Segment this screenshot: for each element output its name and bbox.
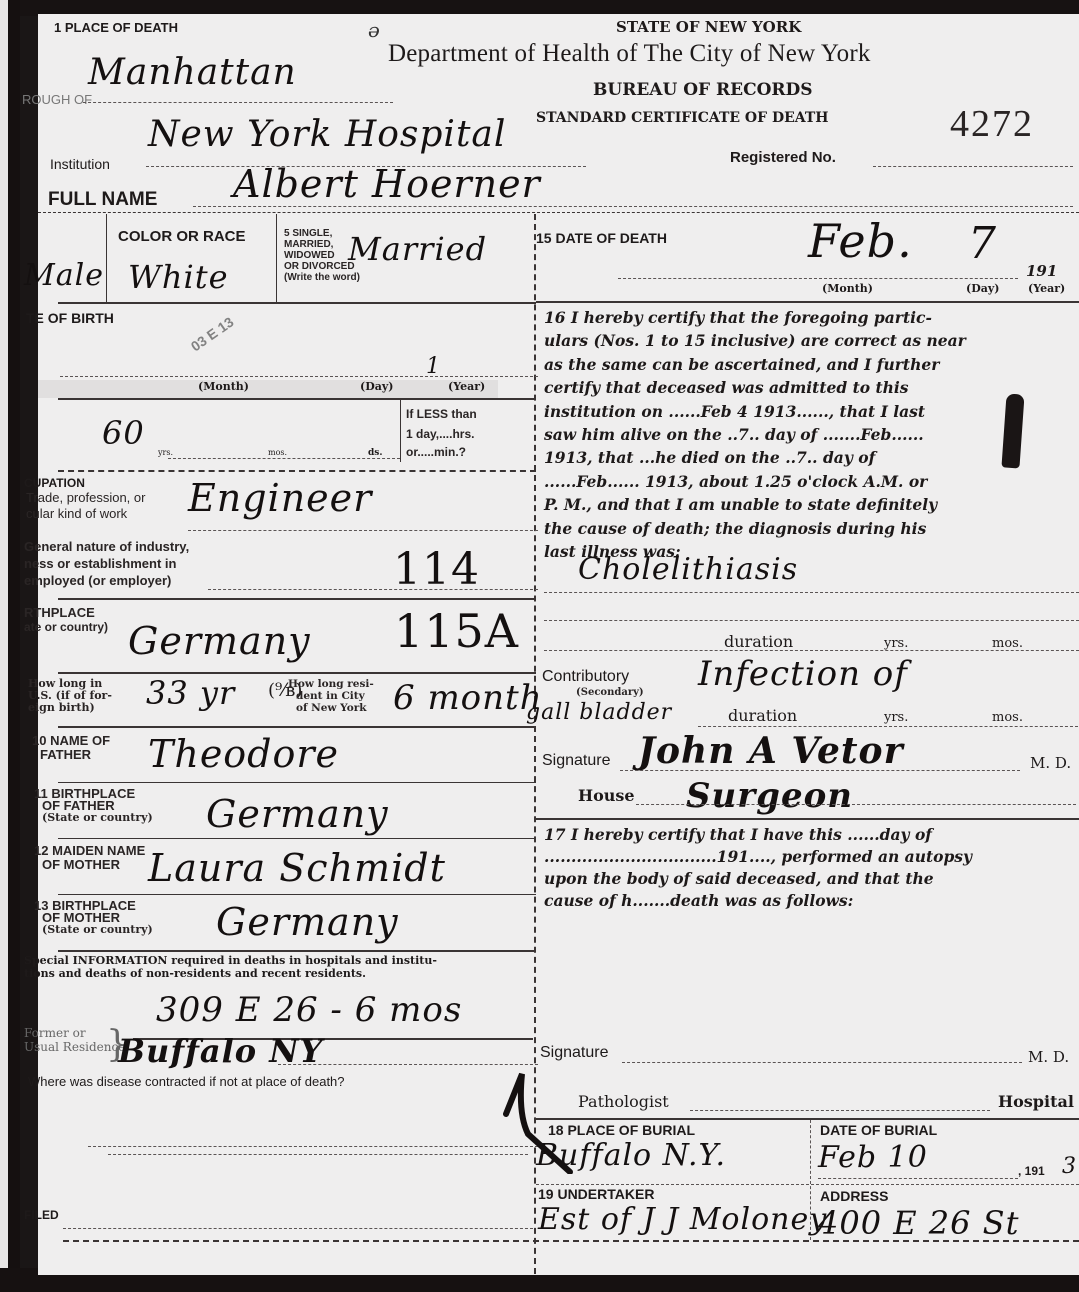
burial-year-suffix: 3 bbox=[1062, 1154, 1077, 1179]
less-than-day-label: If LESS than 1 day,....hrs. or.....min.? bbox=[406, 404, 477, 460]
corner-mark: ǝ bbox=[368, 18, 381, 42]
duration-label: duration bbox=[724, 632, 793, 651]
age-yrs-caption: yrs. bbox=[158, 448, 173, 457]
month-caption: (Month) bbox=[822, 282, 873, 295]
date-of-death-year: 191 bbox=[1026, 262, 1057, 280]
age-mos-caption: mos. bbox=[268, 448, 287, 457]
ink-blot bbox=[1001, 393, 1024, 468]
day-caption: (Day) bbox=[966, 282, 999, 295]
autopsy-md-label: M. D. bbox=[1028, 1048, 1069, 1066]
year-caption: (Year) bbox=[1028, 282, 1065, 295]
undertaker-label: 19 UNDERTAKER bbox=[538, 1186, 654, 1202]
birth-month-caption: (Month) bbox=[198, 380, 249, 393]
sex-value: Male bbox=[24, 258, 104, 293]
father-name-label: 10 NAME OF FATHER bbox=[32, 734, 110, 762]
diagnosis-value: Cholelithiasis bbox=[578, 552, 798, 587]
birthplace-label: RTHPLACE ate or country) bbox=[24, 606, 108, 634]
certification-17-text: 17 I hereby certify that I have this ...… bbox=[544, 824, 972, 912]
duration-yrs-caption: yrs. bbox=[884, 636, 908, 651]
birth-year-value: 1 bbox=[426, 354, 441, 379]
pathologist-label: Pathologist bbox=[578, 1092, 669, 1111]
marital-value: Married bbox=[348, 230, 487, 268]
years-in-city-label: How long resi- dent in City of New York bbox=[288, 678, 374, 714]
date-of-death-day: 7 bbox=[968, 218, 997, 269]
years-in-city-value: 6 month bbox=[393, 678, 543, 718]
borough-value: Manhattan bbox=[88, 52, 297, 93]
duration-2-yrs-caption: yrs. bbox=[884, 710, 908, 725]
occupation-industry-label: General nature of industry, ness or esta… bbox=[24, 538, 189, 589]
mother-maiden-name-value: Laura Schmidt bbox=[148, 846, 446, 890]
institution-value: New York Hospital bbox=[148, 114, 506, 155]
color-race-label: COLOR OR RACE bbox=[118, 228, 246, 245]
place-of-burial-label: 18 PLACE OF BURIAL bbox=[548, 1122, 695, 1138]
header-department: Department of Health of The City of New … bbox=[388, 40, 871, 68]
hospital-label: Hospital bbox=[998, 1092, 1074, 1111]
years-in-us-value: 33 yr bbox=[146, 674, 235, 712]
header-certificate-type: STANDARD CERTIFICATE OF DEATH bbox=[536, 110, 829, 126]
received-stamp: 03 E 13 bbox=[188, 314, 237, 355]
place-of-death-label: 1 PLACE OF DEATH bbox=[54, 20, 178, 35]
registered-no-label: Registered No. bbox=[730, 149, 836, 166]
scan-border-left-bar bbox=[8, 0, 20, 1292]
date-of-death-month: Feb. bbox=[808, 214, 913, 268]
duration-2-mos-caption: mos. bbox=[992, 710, 1023, 725]
filed-label: FILED bbox=[24, 1208, 59, 1222]
father-name-value: Theodore bbox=[148, 732, 339, 776]
undertaker-value: Est of J J Moloney bbox=[538, 1202, 827, 1237]
undertaker-address-value: 400 E 26 St bbox=[818, 1204, 1019, 1242]
age-value: 60 bbox=[102, 414, 145, 452]
birthplace-value: Germany bbox=[128, 619, 311, 663]
occupation-trade-value: Engineer bbox=[188, 476, 372, 520]
contributory-label: Contributory bbox=[542, 668, 629, 686]
color-race-value: White bbox=[128, 258, 229, 296]
certification-16-text: 16 I hereby certify that the foregoing p… bbox=[544, 306, 966, 563]
duration-2-label: duration bbox=[728, 706, 797, 725]
date-of-burial-label: DATE OF BURIAL bbox=[820, 1122, 937, 1138]
date-of-death-label: 15 DATE OF DEATH bbox=[536, 230, 667, 246]
signature-label: Signature bbox=[542, 752, 611, 770]
birth-day-caption: (Day) bbox=[360, 380, 393, 393]
occupation-trade-label: Trade, profession, or cular kind of work bbox=[26, 490, 145, 522]
father-birthplace-value: Germany bbox=[206, 792, 389, 836]
house-label: House bbox=[578, 786, 635, 805]
years-in-us-label: How long in U.S. (if of for- eign birth) bbox=[28, 678, 112, 714]
occupation-label: CUPATION bbox=[24, 476, 85, 490]
date-of-birth-label: TE OF BIRTH bbox=[26, 310, 114, 326]
birthplace-code: 115A bbox=[394, 604, 519, 658]
full-name-label: FULL NAME bbox=[48, 189, 157, 211]
contributory-value-2: gall bladder bbox=[526, 700, 672, 725]
undertaker-address-label: ADDRESS bbox=[820, 1188, 888, 1204]
certificate-number: 4272 bbox=[950, 102, 1034, 146]
disease-contracted-label: Where was disease contracted if not at p… bbox=[28, 1074, 345, 1089]
occupation-industry-value: 114 bbox=[393, 544, 480, 595]
md-label: M. D. bbox=[1030, 754, 1071, 772]
special-information-note: Special INFORMATION required in deaths i… bbox=[24, 954, 437, 980]
contributory-value: Infection of bbox=[698, 654, 908, 694]
full-name-value: Albert Hoerner bbox=[233, 162, 541, 206]
header-state: STATE OF NEW YORK bbox=[616, 18, 801, 36]
burial-year-label: , 191 bbox=[1018, 1164, 1045, 1178]
house-value: Surgeon bbox=[686, 776, 853, 816]
borough-label: ROUGH OF bbox=[22, 92, 92, 107]
mother-maiden-name-label: 12 MAIDEN NAME OF MOTHER bbox=[34, 844, 145, 872]
duration-mos-caption: mos. bbox=[992, 636, 1023, 651]
father-birthplace-label: 11 BIRTHPLACE OF FATHER (State or countr… bbox=[34, 788, 153, 824]
death-certificate: 1 PLACE OF DEATH ǝ STATE OF NEW YORK Dep… bbox=[38, 10, 1079, 1275]
place-of-burial-value: Buffalo N.Y. bbox=[536, 1138, 726, 1173]
mother-birthplace-value: Germany bbox=[216, 900, 399, 944]
institution-label: Institution bbox=[50, 156, 110, 172]
age-ds-caption: ds. bbox=[368, 448, 383, 458]
signature-value: John A Vetor bbox=[638, 730, 904, 772]
header-bureau: BUREAU OF RECORDS bbox=[593, 80, 813, 100]
birth-year-caption: (Year) bbox=[448, 380, 485, 393]
date-of-burial-value: Feb 10 bbox=[818, 1140, 928, 1175]
residence-value: 309 E 26 - 6 mos bbox=[156, 990, 462, 1030]
secondary-label: (Secondary) bbox=[576, 687, 644, 699]
mother-birthplace-label: 13 BIRTHPLACE OF MOTHER (State or countr… bbox=[34, 900, 153, 936]
